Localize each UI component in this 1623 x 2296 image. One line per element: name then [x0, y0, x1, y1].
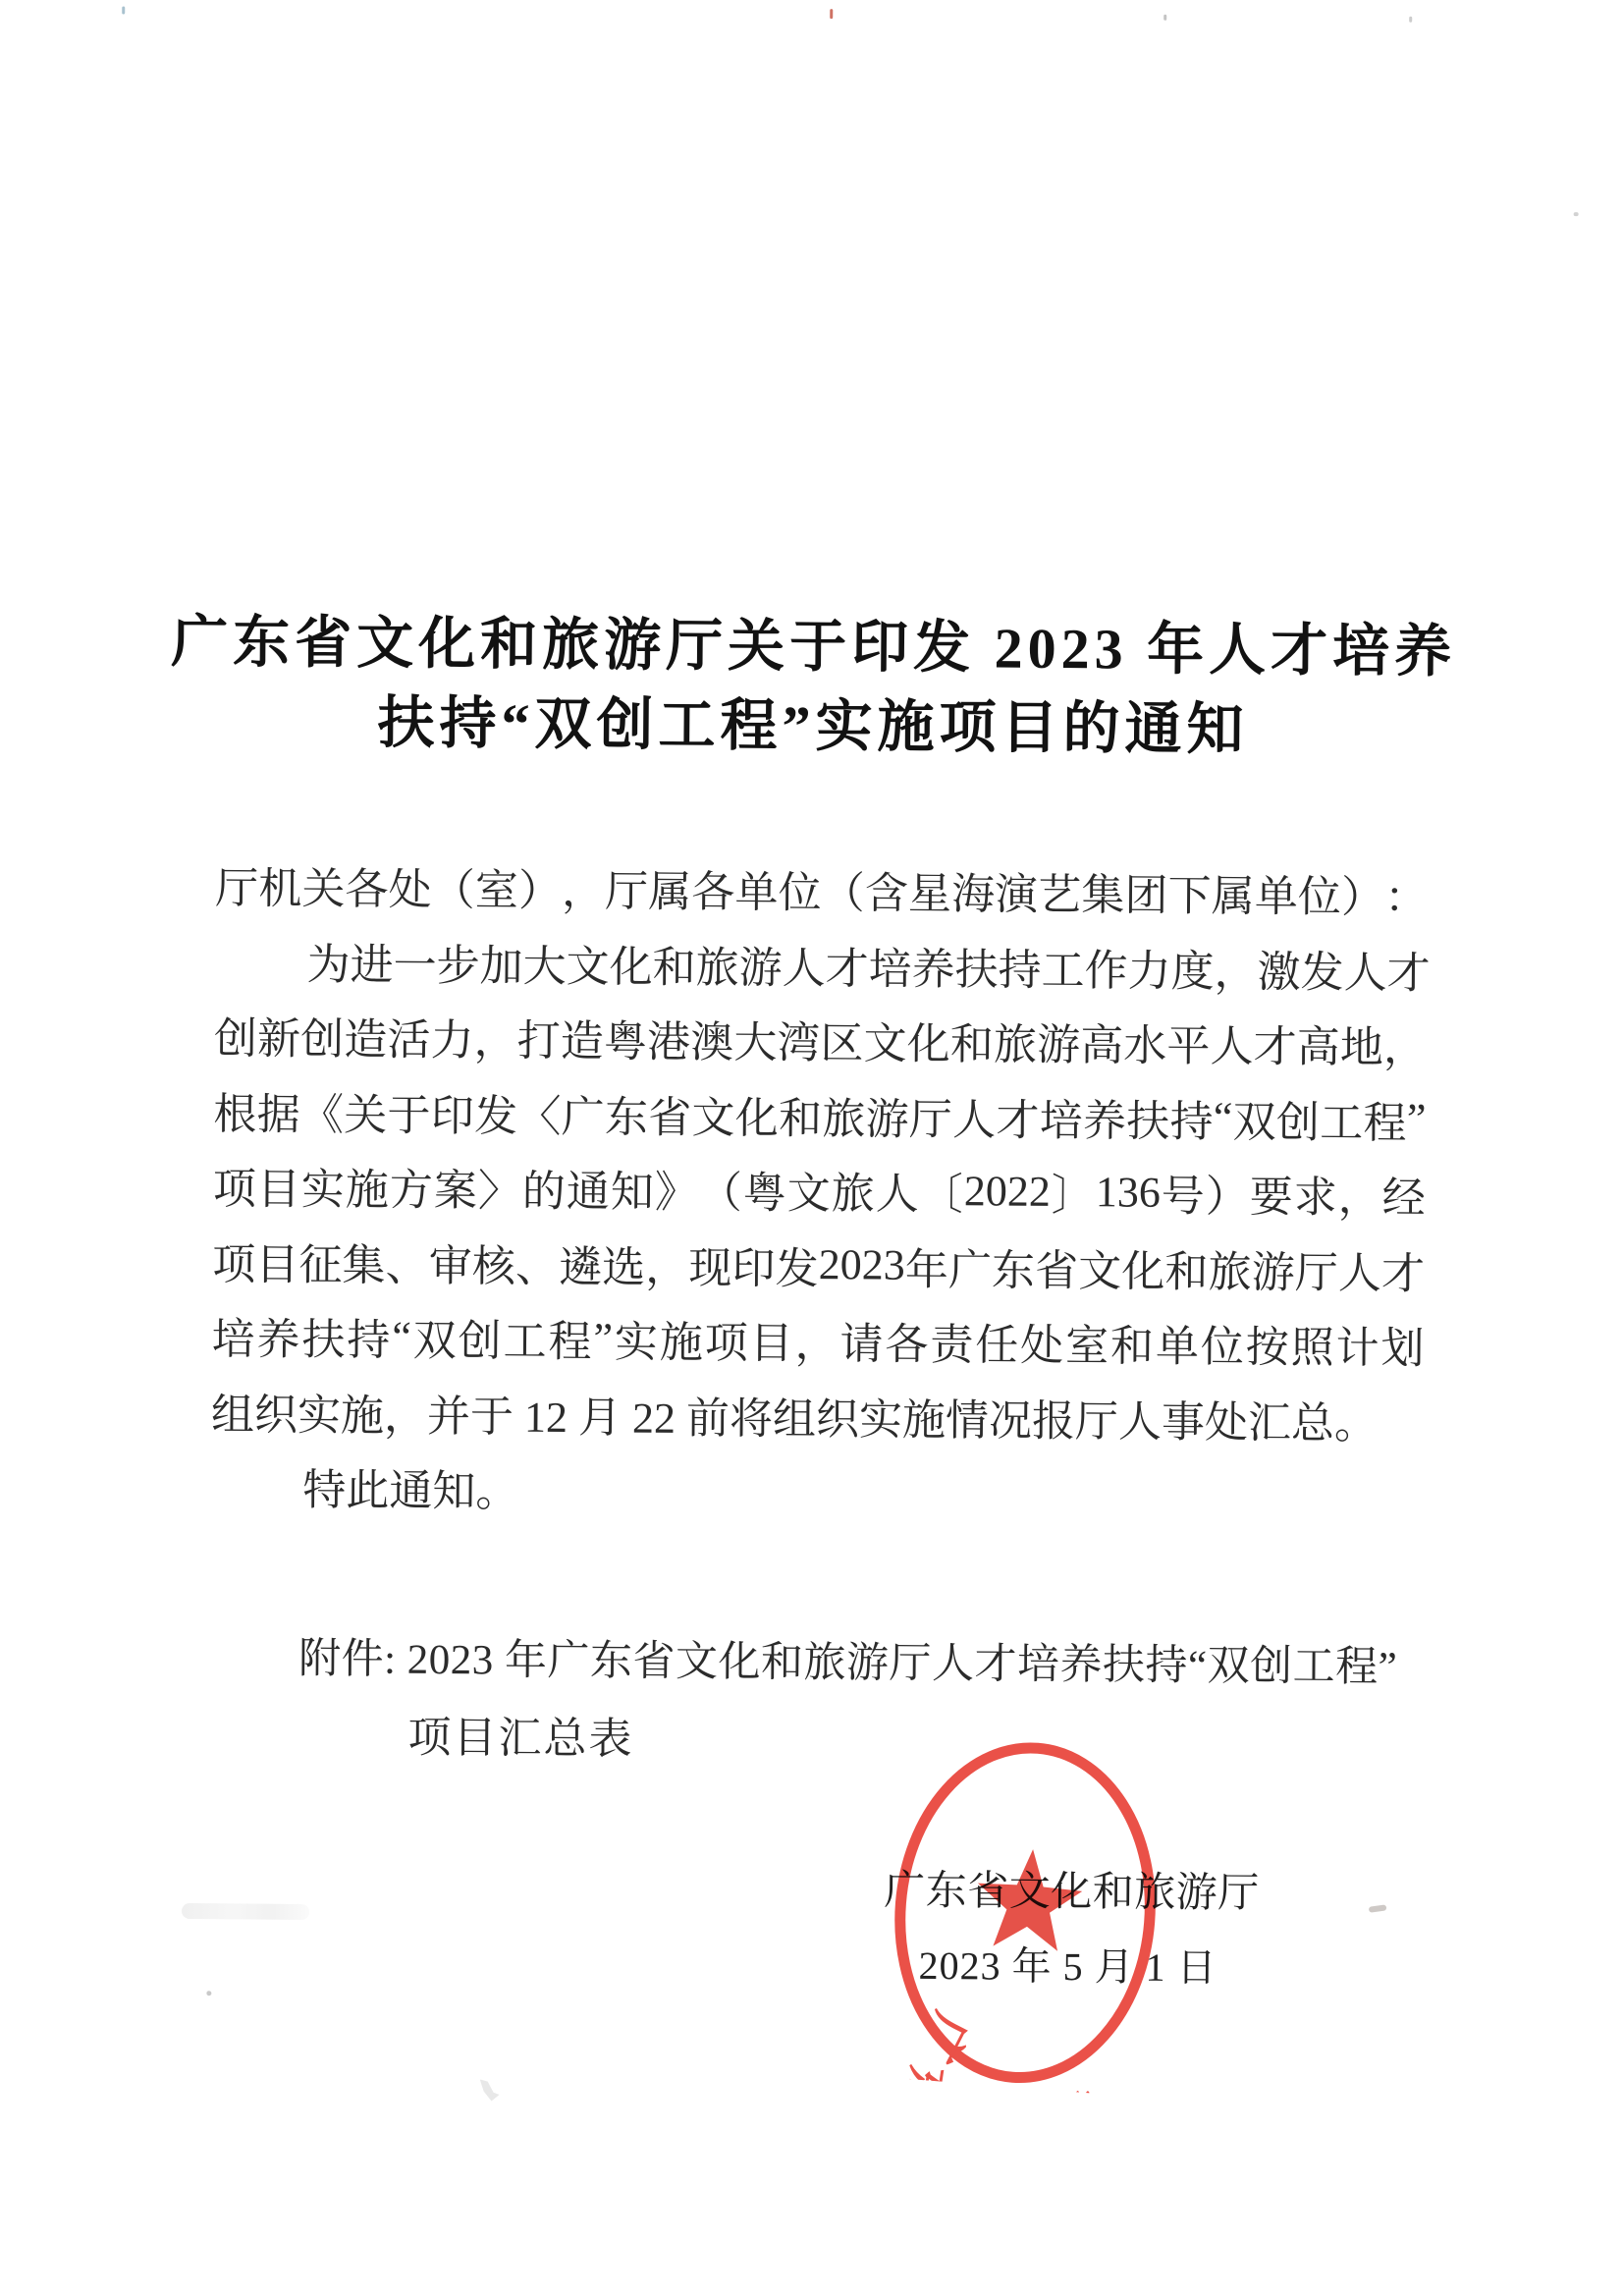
attachment-line-1: 附件: 2023 年广东省文化和旅游厅人才培养扶持“双创工程”	[298, 1625, 1398, 1694]
body-line: 厅机关各处（室），厅属各单位（含星海演艺集团下属单位）：	[215, 847, 1429, 931]
body-line: 组织实施，并于 12 月 22 前将组织实施情况报厅人事处汇总。	[211, 1373, 1425, 1457]
body-line: 项目实施方案〉的通知》（粤文旅人〔2022〕136号）要求，经	[213, 1147, 1427, 1231]
title-line-1: 广东省文化和旅游厅关于印发 2023 年人才培养	[2, 601, 1623, 693]
body-line: 特此通知。	[302, 1449, 1424, 1532]
scan-speck	[1409, 17, 1412, 23]
scan-smudge	[480, 2079, 500, 2101]
scan-speck	[1574, 212, 1579, 216]
scan-speck	[1163, 15, 1166, 21]
body-line: 培养扶持“双创工程”实施项目，请各责任处室和单位按照计划	[211, 1297, 1425, 1382]
scanned-content: 广东省文化和旅游厅关于印发 2023 年人才培养 扶持“双创工程”实施项目的通知…	[0, 0, 1623, 2296]
scan-speck	[830, 9, 833, 19]
body-line: 项目征集、审核、遴选，现印发2023年广东省文化和旅游厅人才	[212, 1223, 1426, 1307]
scan-speck	[122, 6, 125, 14]
seal-star	[973, 1845, 1085, 1952]
body-text: 厅机关各处（室），厅属各单位（含星海演艺集团下属单位）：为进一步加大文化和旅游人…	[210, 847, 1428, 1532]
body-line: 根据《关于印发〈广东省文化和旅游厅人才培养扶持“双创工程”	[213, 1072, 1427, 1157]
body-line: 创新创造活力，打造粤港澳大湾区文化和旅游高水平人才高地，	[214, 997, 1428, 1081]
document-page: 广东省文化和旅游厅关于印发 2023 年人才培养 扶持“双创工程”实施项目的通知…	[0, 0, 1623, 2296]
official-seal: 广东省文化和旅游厅	[879, 1728, 1172, 2098]
scan-smudge	[182, 1903, 309, 1920]
scan-smudge	[1369, 1904, 1387, 1912]
body-line: 为进一步加大文化和旅游人才培养扶持工作力度，激发人才	[306, 922, 1428, 1006]
document-title: 广东省文化和旅游厅关于印发 2023 年人才培养 扶持“双创工程”实施项目的通知	[1, 601, 1623, 773]
scan-speck	[206, 1991, 211, 1995]
attachment-line-2: 项目汇总表	[407, 1702, 633, 1767]
title-line-2: 扶持“双创工程”实施项目的通知	[1, 681, 1623, 773]
